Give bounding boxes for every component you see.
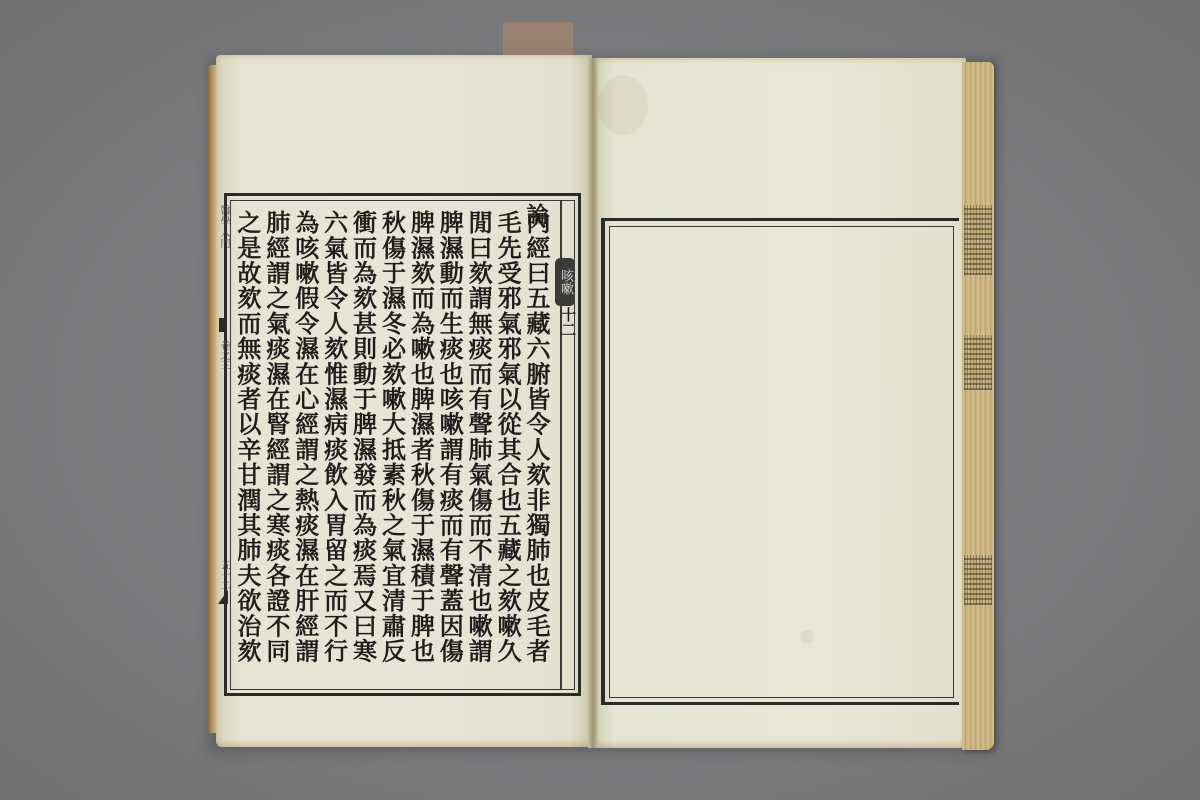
text-column: 之是故欬而無痰者以辛甘潤其肺夫欲治欬嗽者當以治 [236, 210, 265, 688]
text-column: 秋傷于濕冬必欬嗽大抵素秋之氣宜清肅反動之氣必上 [381, 210, 410, 688]
fish-tail-block [219, 318, 227, 332]
text-columns: 內經曰五藏六腑皆令人欬非獨肺也皮毛者肺之合也皮 毛先受邪氣邪氣以從其合也五藏之欬… [236, 210, 554, 688]
spine-margin-volume: 卷之三 [217, 340, 229, 370]
fore-edge [962, 62, 994, 750]
fore-edge-print-mark [964, 205, 992, 275]
topic-tab-label: 咳嗽 [555, 258, 575, 306]
text-column: 內經曰五藏六腑皆令人欬非獨肺也皮毛者肺之合也皮 [525, 210, 554, 688]
spine-margin-title: 醫學入門 [217, 205, 229, 249]
fore-edge-print-mark [964, 555, 992, 605]
paper-stain [598, 75, 648, 135]
text-column: 肺經謂之氣痰濕在腎經謂之寒痰各證不同宜隨證而治 [265, 210, 294, 688]
fore-edge-print-mark [964, 335, 992, 390]
text-column: 脾濕欬而為嗽也脾濕者秋傷于濕積于脾也故內經又曰 [409, 210, 438, 688]
text-column: 閒曰欬謂無痰而有聲肺氣傷而不清也嗽謂無聲而有痰 [467, 210, 496, 688]
text-column: 六氣皆令人欬惟濕病痰飲入胃留之而不行止入于肺則 [323, 210, 352, 688]
spine-margin-leaf-number: 五十二 [217, 560, 229, 590]
fish-tail-mark [218, 590, 228, 604]
book-gutter [588, 58, 598, 748]
right-text-frame-inner [609, 226, 954, 698]
text-column: 毛先受邪氣邪氣以從其合也五藏之欬嗽久乃移於六腑 [496, 210, 525, 688]
text-column: 衝而為欬甚則動于脾濕發而為痰焉又曰寒暑燥濕風火 [352, 210, 381, 688]
text-column: 為咳嗽假令濕在心經謂之熱痰濕在肝經謂之風痰濕在 [294, 210, 323, 688]
page-number: 十二 [558, 307, 579, 337]
text-column: 脾濕動而生痰也咳嗽謂有痰而有聲蓋因傷于肺氣動于 [438, 210, 467, 688]
